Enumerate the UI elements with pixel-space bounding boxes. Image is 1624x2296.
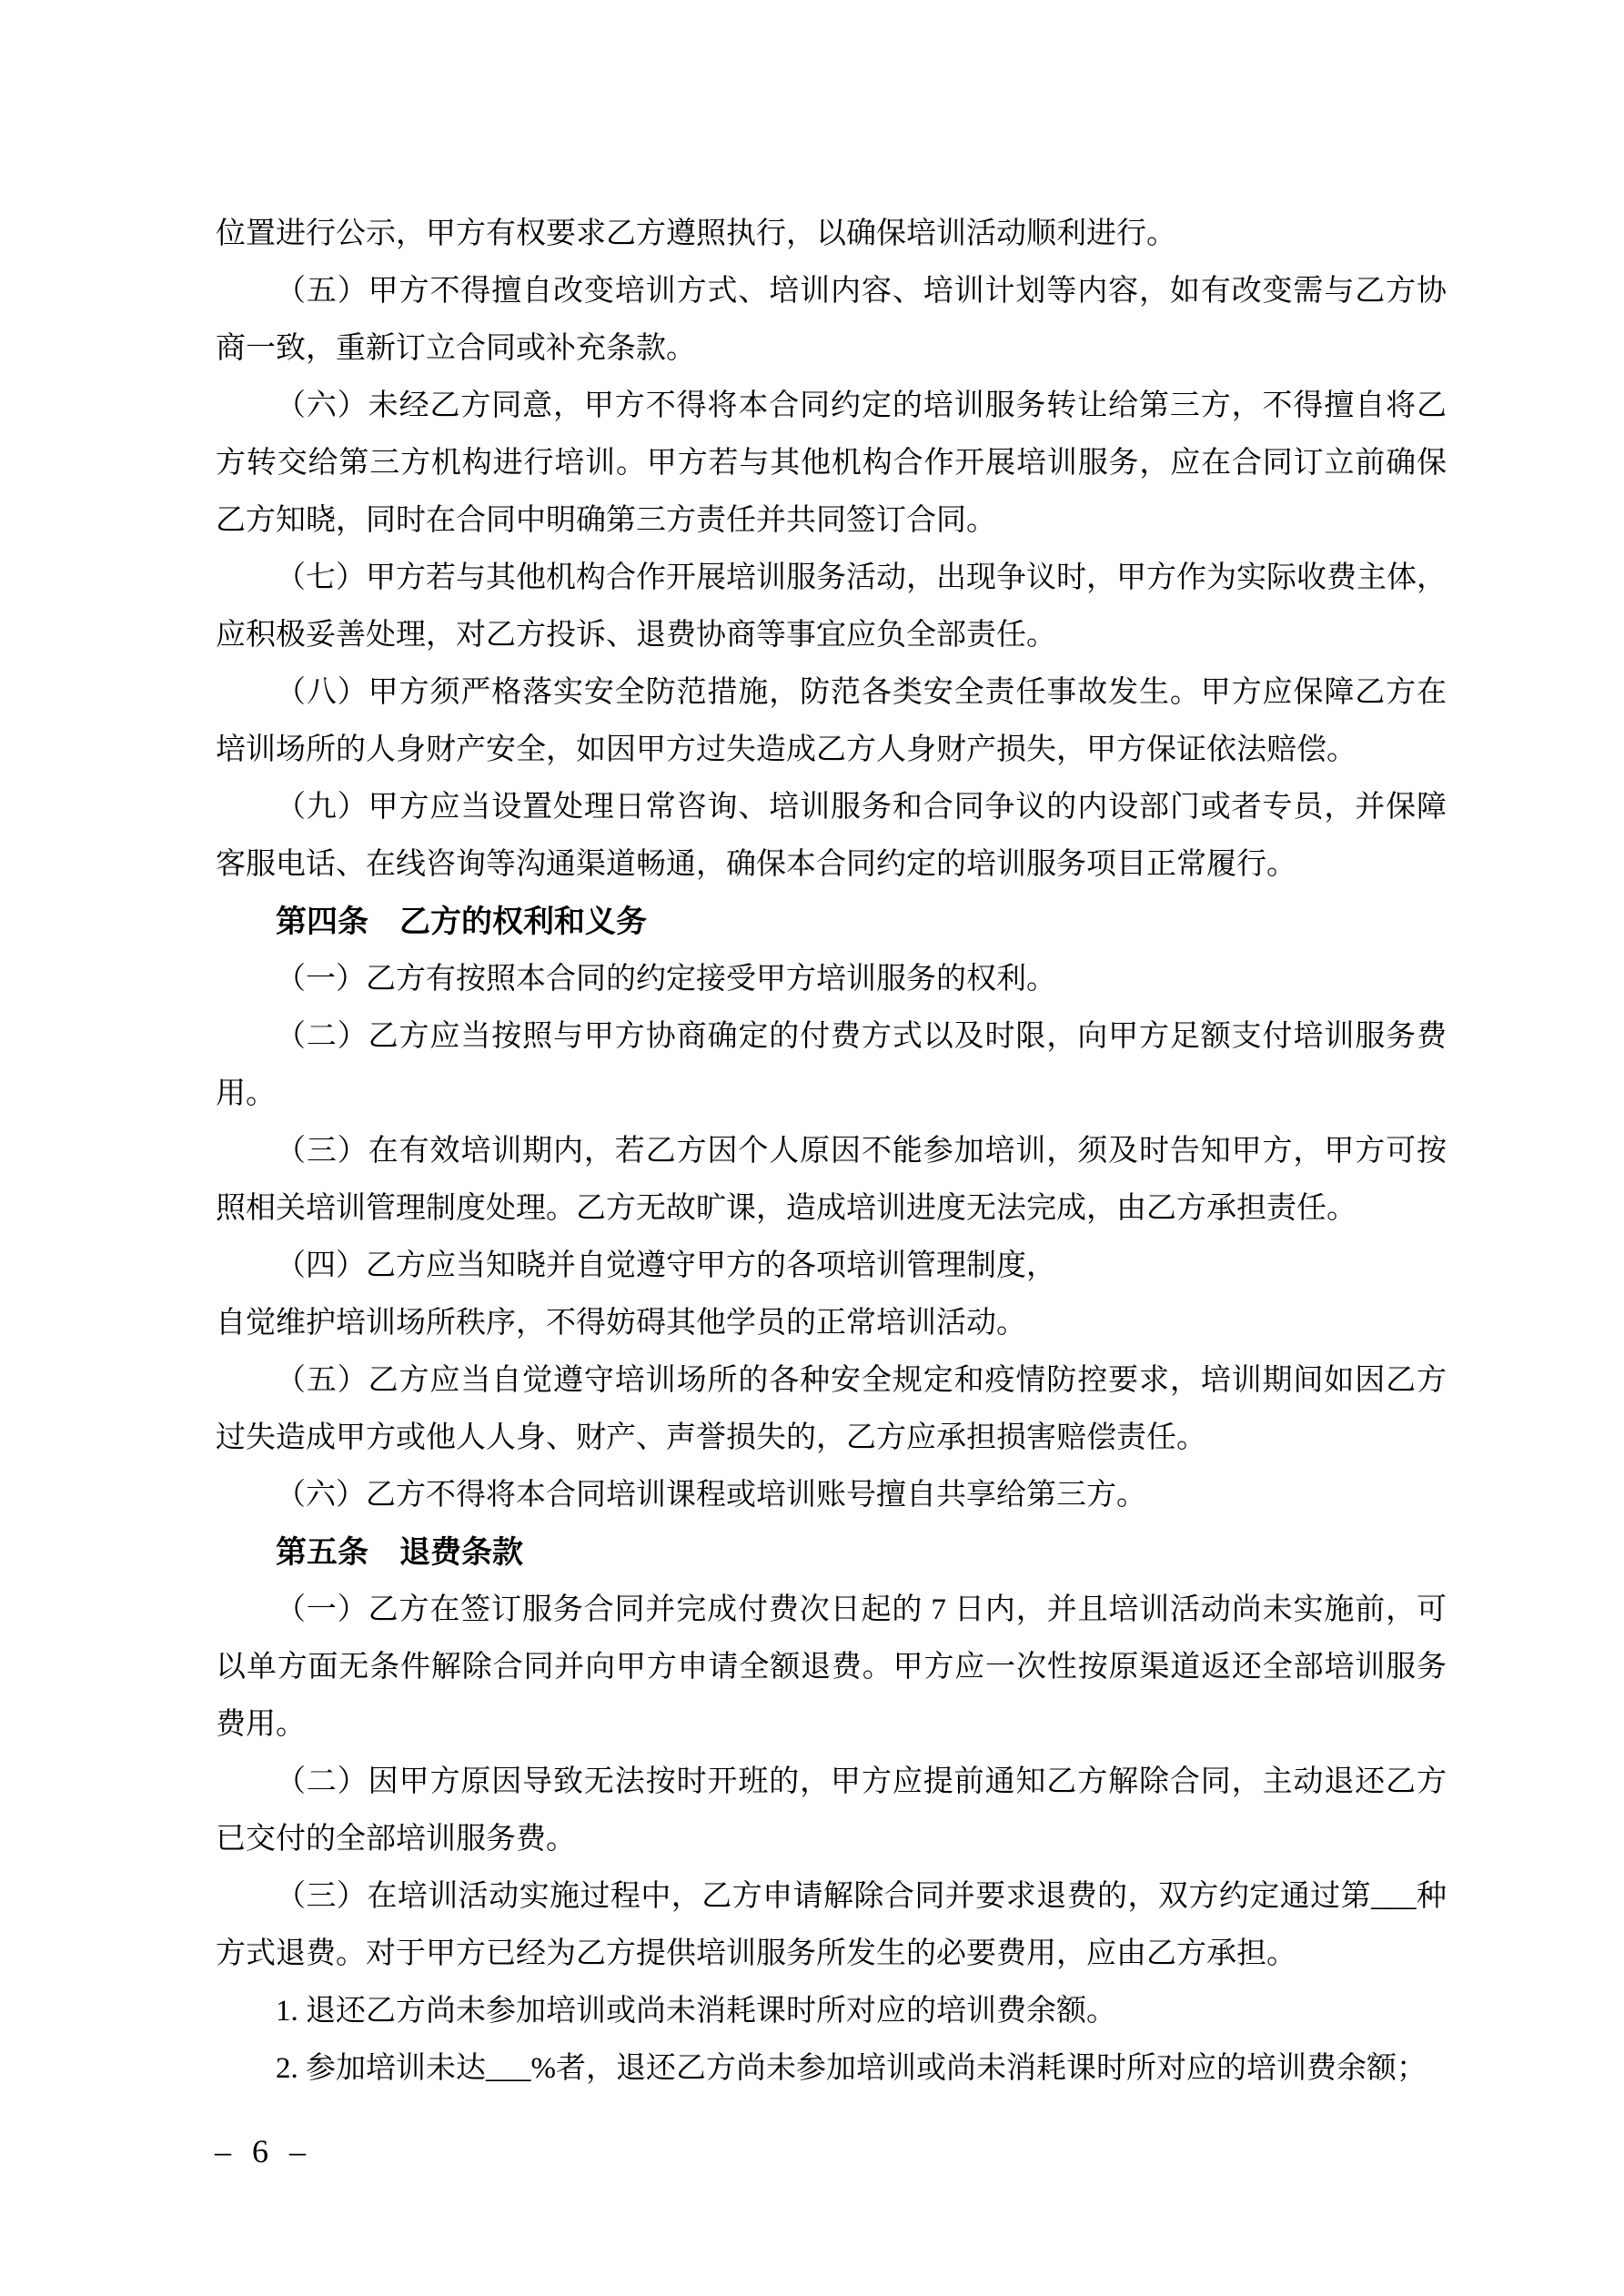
text-line: 照相关培训管理制度处理。乙方无故旷课，造成培训进度无法完成，由乙方承担责任。	[216, 1180, 1447, 1238]
text-line: （一）乙方有按照本合同的约定接受甲方培训服务的权利。	[216, 951, 1447, 1008]
text-line: 培训场所的人身财产安全，如因甲方过失造成乙方人身财产损失，甲方保证依法赔偿。	[216, 722, 1447, 779]
text-line: （五）甲方不得擅自改变培训方式、培训内容、培训计划等内容，如有改变需与乙方协	[216, 263, 1447, 320]
contract-page: 位置进行公示，甲方有权要求乙方遵照执行，以确保培训活动顺利进行。（五）甲方不得擅…	[0, 0, 1624, 2296]
text-line: 客服电话、在线咨询等沟通渠道畅通，确保本合同约定的培训服务项目正常履行。	[216, 836, 1447, 894]
text-line: （五）乙方应当自觉遵守培训场所的各种安全规定和疫情防控要求，培训期间如因乙方	[216, 1352, 1447, 1410]
text-line: （七）甲方若与其他机构合作开展培训服务活动，出现争议时，甲方作为实际收费主体，	[216, 550, 1447, 607]
text-line: 方式退费。对于甲方已经为乙方提供培训服务所发生的必要费用，应由乙方承担。	[216, 1926, 1447, 1983]
text-line: （一）乙方在签订服务合同并完成付费次日起的 7 日内，并且培训活动尚未实施前，可	[216, 1582, 1447, 1639]
text-line: 以单方面无条件解除合同并向甲方申请全额退费。甲方应一次性按原渠道返还全部培训服务	[216, 1639, 1447, 1696]
text-line: 用。	[216, 1066, 1447, 1123]
text-line: （四）乙方应当知晓并自觉遵守甲方的各项培训管理制度，	[216, 1238, 1447, 1295]
text-line: （二）乙方应当按照与甲方协商确定的付费方式以及时限，向甲方足额支付培训服务费	[216, 1008, 1447, 1066]
text-line: 应积极妥善处理，对乙方投诉、退费协商等事宜应负全部责任。	[216, 607, 1447, 664]
clause-heading: 第五条 退费条款	[216, 1524, 1447, 1582]
text-line: （三）在有效培训期内，若乙方因个人原因不能参加培训，须及时告知甲方，甲方可按	[216, 1123, 1447, 1180]
text-line: 2. 参加培训未达___%者，退还乙方尚未参加培训或尚未消耗课时所对应的培训费余…	[216, 2040, 1447, 2098]
text-line: 自觉维护培训场所秩序，不得妨碍其他学员的正常培训活动。	[216, 1295, 1447, 1352]
text-line: 已交付的全部培训服务费。	[216, 1811, 1447, 1868]
text-line: 乙方知晓，同时在合同中明确第三方责任并共同签订合同。	[216, 492, 1447, 550]
text-line: （三）在培训活动实施过程中，乙方申请解除合同并要求退费的，双方约定通过第___种	[216, 1868, 1447, 1926]
text-line: （六）乙方不得将本合同培训课程或培训账号擅自共享给第三方。	[216, 1467, 1447, 1524]
text-line: 1. 退还乙方尚未参加培训或尚未消耗课时所对应的培训费余额。	[216, 1983, 1447, 2040]
text-line: 商一致，重新订立合同或补充条款。	[216, 320, 1447, 378]
text-line: 过失造成甲方或他人人身、财产、声誉损失的，乙方应承担损害赔偿责任。	[216, 1410, 1447, 1467]
document-body: 位置进行公示，甲方有权要求乙方遵照执行，以确保培训活动顺利进行。（五）甲方不得擅…	[216, 206, 1447, 2098]
text-line: （六）未经乙方同意，甲方不得将本合同约定的培训服务转让给第三方，不得擅自将乙	[216, 378, 1447, 435]
clause-heading: 第四条 乙方的权利和义务	[216, 894, 1447, 951]
page-number: – 6 –	[215, 2131, 306, 2171]
text-line: （九）甲方应当设置处理日常咨询、培训服务和合同争议的内设部门或者专员，并保障	[216, 779, 1447, 836]
text-line: 位置进行公示，甲方有权要求乙方遵照执行，以确保培训活动顺利进行。	[216, 206, 1447, 263]
text-line: （二）因甲方原因导致无法按时开班的，甲方应提前通知乙方解除合同，主动退还乙方	[216, 1754, 1447, 1811]
text-line: 方转交给第三方机构进行培训。甲方若与其他机构合作开展培训服务，应在合同订立前确保	[216, 435, 1447, 492]
text-line: 费用。	[216, 1696, 1447, 1754]
text-line: （八）甲方须严格落实安全防范措施，防范各类安全责任事故发生。甲方应保障乙方在	[216, 664, 1447, 722]
